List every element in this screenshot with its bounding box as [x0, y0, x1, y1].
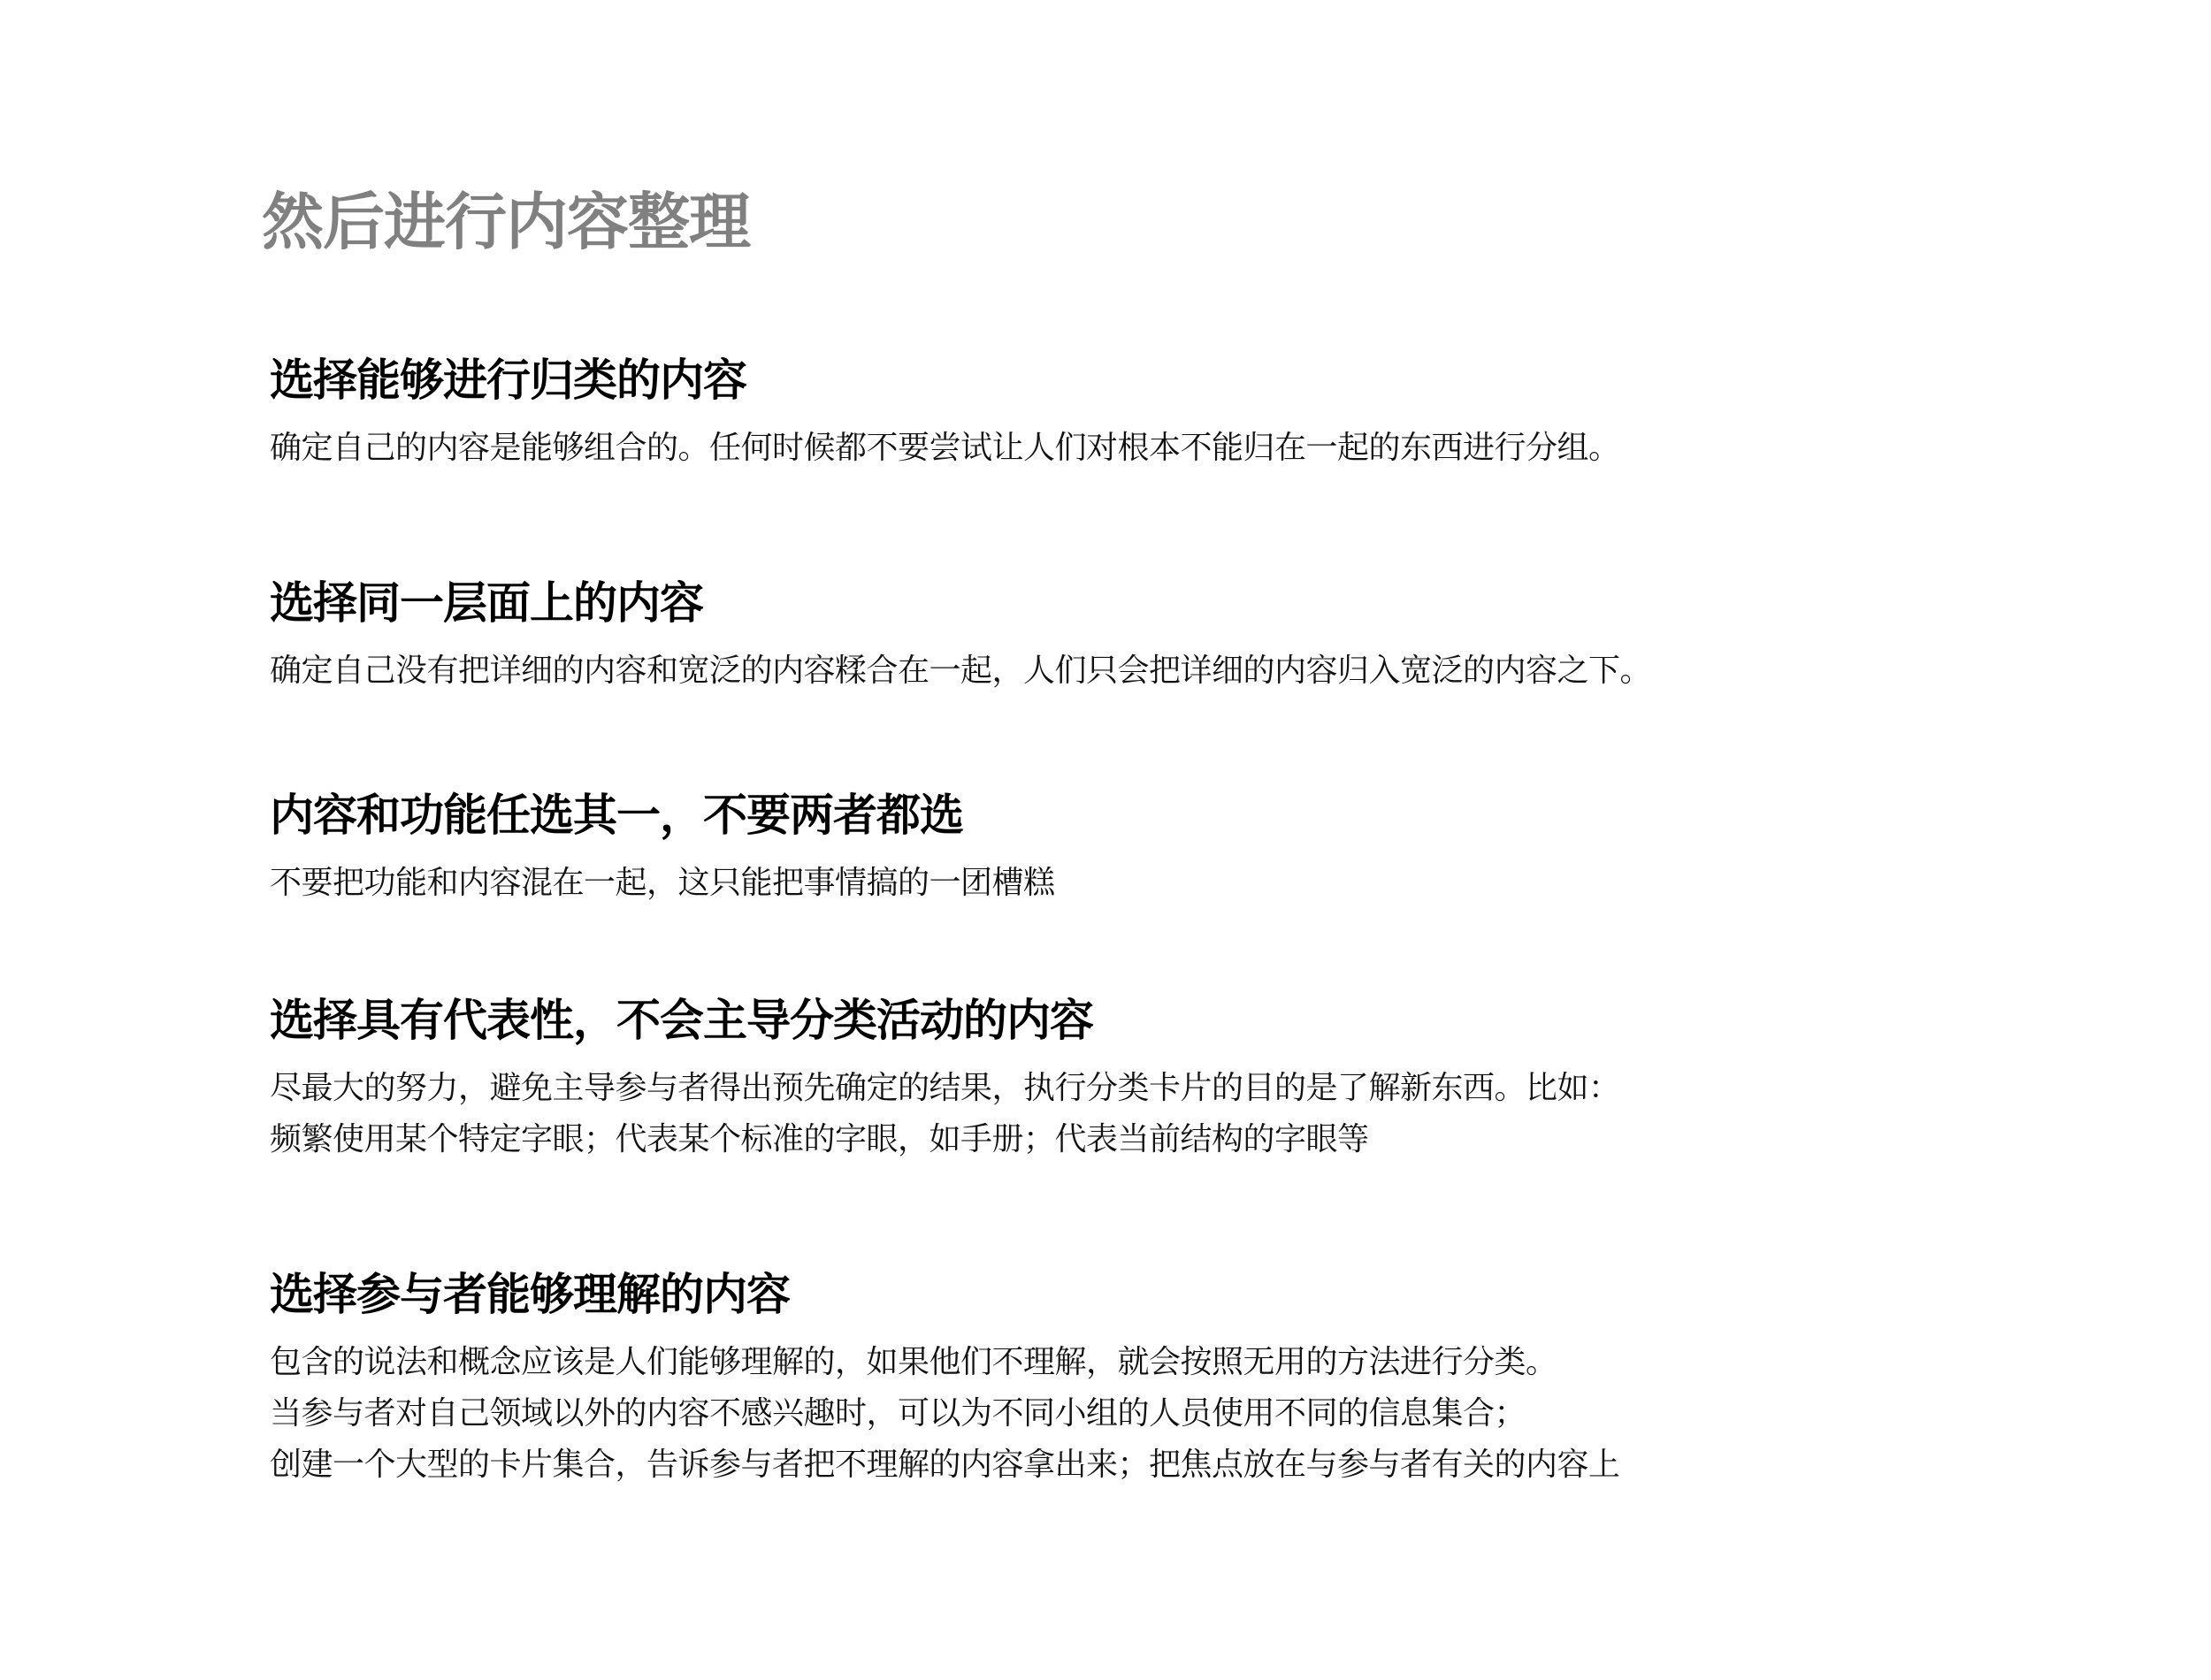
section-heading: 内容和功能任选其一，不要两者都选	[270, 787, 1055, 844]
section-groupable-content: 选择能够进行归类的内容 确定自己的内容是能够组合的。任何时候都不要尝试让人们对根…	[270, 352, 1620, 474]
section-heading: 选择同一层面上的内容	[270, 575, 1651, 631]
section-heading: 选择参与者能够理解的内容	[270, 1266, 1620, 1323]
section-text-line: 确定自己没有把详细的内容和宽泛的内容糅合在一起，人们只会把详细的内容归入宽泛的内…	[270, 645, 1651, 697]
section-text-line: 包含的说法和概念应该是人们能够理解的，如果他们不理解，就会按照无用的方法进行分类…	[270, 1337, 1620, 1388]
section-same-level-content: 选择同一层面上的内容 确定自己没有把详细的内容和宽泛的内容糅合在一起，人们只会把…	[270, 575, 1651, 697]
section-representative-content: 选择具有代表性，不会主导分类活动的内容 尽最大的努力，避免主导参与者得出预先确定…	[270, 992, 1620, 1165]
section-text-line: 创建一个大型的卡片集合，告诉参与者把不理解的内容拿出来；把焦点放在与参与者有关的…	[270, 1439, 1620, 1491]
section-text-line: 当参与者对自己领域以外的内容不感兴趣时，可以为不同小组的人员使用不同的信息集合；	[270, 1388, 1620, 1439]
page-title: 然后进行内容整理	[262, 182, 750, 262]
section-text-line: 不要把功能和内容混在一起，这只能把事情搞的一团槽糕	[270, 858, 1055, 909]
section-understandable-content: 选择参与者能够理解的内容 包含的说法和概念应该是人们能够理解的，如果他们不理解，…	[270, 1266, 1620, 1491]
section-heading: 选择能够进行归类的内容	[270, 352, 1620, 409]
section-content-or-function: 内容和功能任选其一，不要两者都选 不要把功能和内容混在一起，这只能把事情搞的一团…	[270, 787, 1055, 909]
section-text-line: 确定自己的内容是能够组合的。任何时候都不要尝试让人们对根本不能归在一起的东西进行…	[270, 423, 1620, 474]
section-text-line: 尽最大的努力，避免主导参与者得出预先确定的结果，执行分类卡片的目的是了解新东西。…	[270, 1063, 1620, 1114]
section-text-line: 频繁使用某个特定字眼；代表某个标准的字眼，如手册；代表当前结构的字眼等	[270, 1114, 1620, 1165]
section-heading: 选择具有代表性，不会主导分类活动的内容	[270, 992, 1620, 1049]
